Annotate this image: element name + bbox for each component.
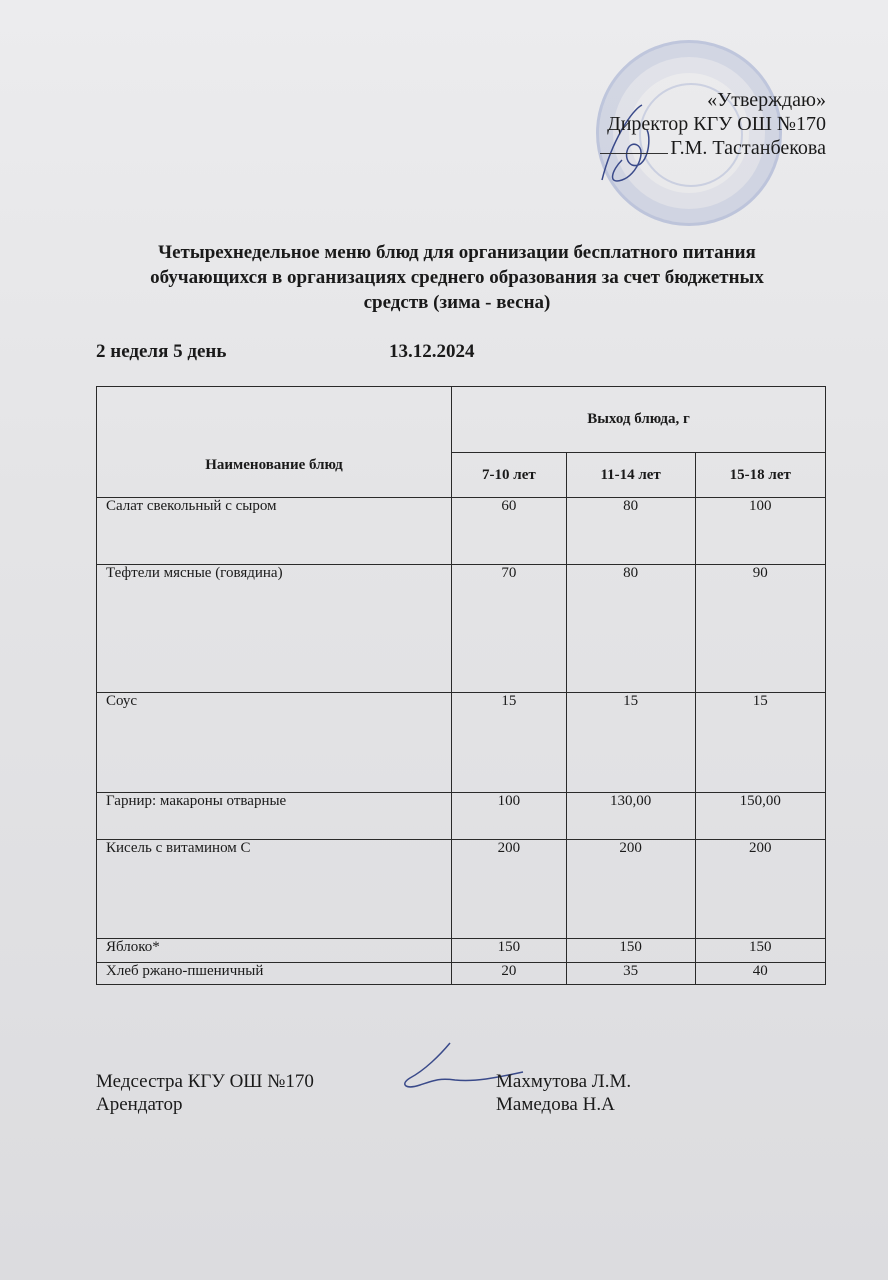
dish-name: Гарнир: макароны отварные [97, 793, 452, 840]
title-line: средств (зима - весна) [92, 290, 822, 315]
day-line: 2 неделя 5 день 13.12.2024 [96, 341, 226, 363]
yield-value: 200 [695, 840, 826, 939]
yield-value: 200 [566, 840, 695, 939]
menu-date: 13.12.2024 [389, 341, 475, 363]
name-tenant: Мамедова Н.А [496, 1093, 631, 1116]
yield-value: 150,00 [695, 793, 826, 840]
signatory-names: Махмутова Л.М. Мамедова Н.А [496, 1070, 631, 1116]
dish-name: Салат свекольный с сыром [97, 498, 452, 565]
table-row: Салат свекольный с сыром 60 80 100 [97, 498, 826, 565]
table-row: Тефтели мясные (говядина) 70 80 90 [97, 565, 826, 693]
age-group-header: 15-18 лет [695, 453, 826, 498]
yield-header: Выход блюда, г [452, 387, 826, 453]
yield-value: 130,00 [566, 793, 695, 840]
yield-value: 60 [452, 498, 567, 565]
name-nurse: Махмутова Л.М. [496, 1070, 631, 1093]
table-row: Хлеб ржано-пшеничный 20 35 40 [97, 963, 826, 985]
table-row: Гарнир: макароны отварные 100 130,00 150… [97, 793, 826, 840]
role-tenant: Арендатор [96, 1093, 314, 1116]
title-line: обучающихся в организациях среднего обра… [92, 265, 822, 290]
week-day-label: 2 неделя 5 день [96, 341, 226, 362]
yield-value: 100 [695, 498, 826, 565]
approval-position: Директор КГУ ОШ №170 [600, 112, 826, 136]
age-group-header: 11-14 лет [566, 453, 695, 498]
approval-heading: «Утверждаю» [600, 88, 826, 112]
menu-table: Наименование блюд Выход блюда, г 7-10 ле… [96, 386, 826, 985]
yield-value: 15 [452, 693, 567, 793]
yield-value: 15 [566, 693, 695, 793]
dish-name: Тефтели мясные (говядина) [97, 565, 452, 693]
yield-value: 150 [452, 939, 567, 963]
yield-value: 150 [695, 939, 826, 963]
yield-value: 20 [452, 963, 567, 985]
age-group-header: 7-10 лет [452, 453, 567, 498]
yield-value: 40 [695, 963, 826, 985]
approval-block: «Утверждаю» Директор КГУ ОШ №170 Г.М. Та… [600, 88, 826, 160]
yield-value: 150 [566, 939, 695, 963]
dish-name: Яблоко* [97, 939, 452, 963]
yield-value: 80 [566, 498, 695, 565]
yield-value: 80 [566, 565, 695, 693]
yield-value: 200 [452, 840, 567, 939]
approval-name: Г.М. Тастанбекова [670, 137, 826, 159]
signature-line [600, 137, 668, 154]
table-row: Яблоко* 150 150 150 [97, 939, 826, 963]
dish-name: Хлеб ржано-пшеничный [97, 963, 452, 985]
title-line: Четырехнедельное меню блюд для организац… [92, 240, 822, 265]
document-title: Четырехнедельное меню блюд для организац… [92, 240, 822, 315]
table-row: Кисель с витамином С 200 200 200 [97, 840, 826, 939]
yield-value: 90 [695, 565, 826, 693]
dish-name: Кисель с витамином С [97, 840, 452, 939]
yield-value: 70 [452, 565, 567, 693]
dish-name: Соус [97, 693, 452, 793]
dish-name-header: Наименование блюд [97, 387, 452, 498]
yield-value: 100 [452, 793, 567, 840]
yield-value: 35 [566, 963, 695, 985]
yield-value: 15 [695, 693, 826, 793]
table-row: Соус 15 15 15 [97, 693, 826, 793]
role-nurse: Медсестра КГУ ОШ №170 [96, 1070, 314, 1093]
signatory-roles: Медсестра КГУ ОШ №170 Арендатор [96, 1070, 314, 1116]
